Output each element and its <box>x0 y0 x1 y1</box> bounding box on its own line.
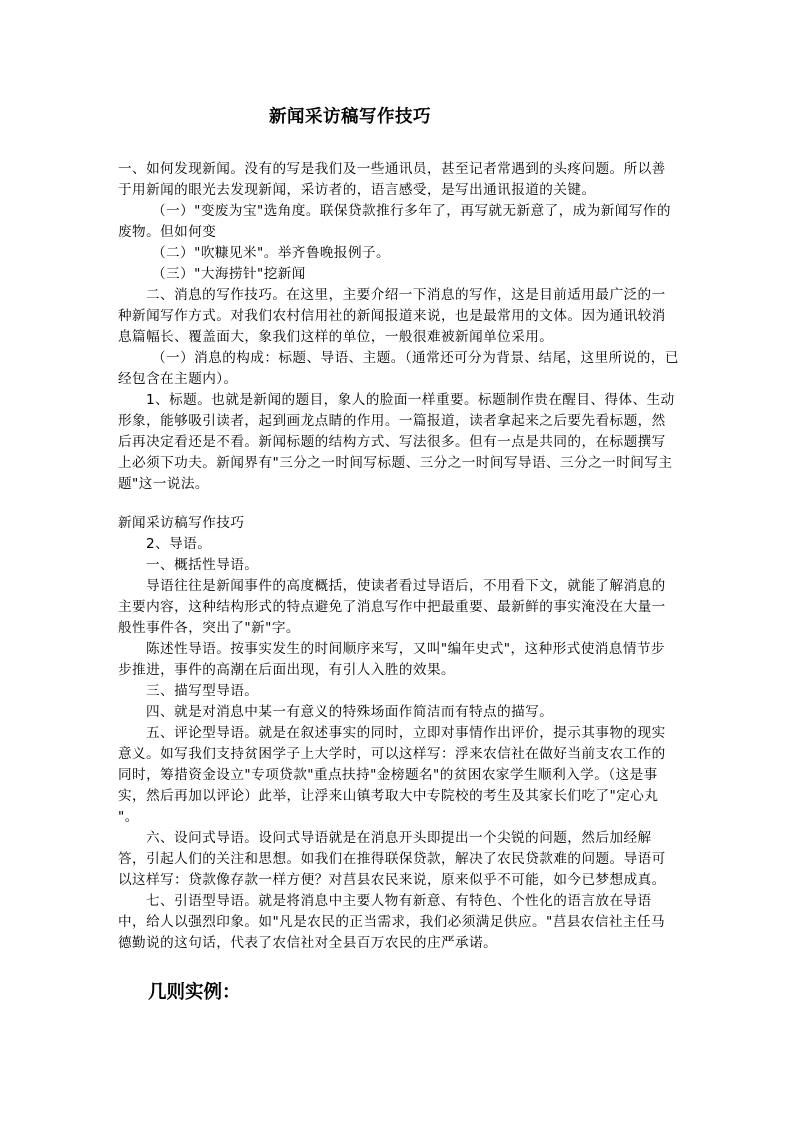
text-line: 种新闻写作方式。对我们农村信用社的新闻报道来说，也是最常用的文体。因为通讯较消 <box>118 306 678 327</box>
text-line: 经包含在主题内）。 <box>118 369 678 390</box>
part1-body: 一、如何发现新闻。没有的写是我们及一些通讯员，甚至记者常遇到的头疼问题。所以善于… <box>118 159 678 495</box>
examples-heading: 几则实例： <box>148 981 241 1005</box>
text-line: 同时，筹措资金设立"专项贷款"重点扶持"金榜题名"的贫困农家学生顺利入学。（这是… <box>118 765 678 786</box>
text-line: （二）"吹糠见米"。举齐鲁晚报例子。 <box>118 243 678 264</box>
text-line: 中，给人以强烈印象。如"凡是农民的正当需求，我们必须满足供应。"莒县农信社主任马 <box>118 912 678 933</box>
text-line: 以这样写：贷款像存款一样方便？对莒县农民来说，原来似乎不可能，如今已梦想成真。 <box>118 870 678 891</box>
text-line: 般性事件各，突出了"新"字。 <box>118 618 678 639</box>
text-line: 新闻采访稿写作技巧 <box>118 513 678 534</box>
text-line: 步推进，事件的高潮在后面出现，有引人入胜的效果。 <box>118 660 678 681</box>
text-line: 形象，能够吸引读者，起到画龙点睛的作用。一篇报道，读者拿起来之后要先看标题，然 <box>118 411 678 432</box>
text-line: 上必须下功夫。新闻界有"三分之一时间写标题、三分之一时间写导语、三分之一时间写主 <box>118 453 678 474</box>
text-line: 2、导语。 <box>118 534 678 555</box>
text-line: 实，然后再加以评论）此举，让浮来山镇考取大中专院校的考生及其家长们吃了"定心丸 <box>118 786 678 807</box>
part2-body: 新闻采访稿写作技巧2、导语。一、概括性导语。导语往往是新闻事件的高度概括，使读者… <box>118 513 678 954</box>
text-line: "。 <box>118 807 678 828</box>
text-line: 一、如何发现新闻。没有的写是我们及一些通讯员，甚至记者常遇到的头疼问题。所以善 <box>118 159 678 180</box>
text-line: 于用新闻的眼光去发现新闻，采访者的，语言感受，是写出通讯报道的关键。 <box>118 180 678 201</box>
text-line: 三、描写型导语。 <box>118 681 678 702</box>
document-title: 新闻采访稿写作技巧 <box>250 106 450 128</box>
text-line: 七、引语型导语。就是将消息中主要人物有新意、有特色、个性化的语言放在导语 <box>118 891 678 912</box>
text-line: 题"这一说法。 <box>118 474 678 495</box>
text-line: （一）"变废为宝"选角度。联保贷款推行多年了，再写就无新意了，成为新闻写作的 <box>118 201 678 222</box>
text-line: （一）消息的构成：标题、导语、主题。（通常还可分为背景、结尾，这里所说的，已 <box>118 348 678 369</box>
text-line: 废物。但如何变 <box>118 222 678 243</box>
text-line: 后再决定看还是不看。新闻标题的结构方式、写法很多。但有一点是共同的，在标题撰写 <box>118 432 678 453</box>
text-line: 答，引起人们的关注和思想。如我们在推得联保贷款，解决了农民贷款难的问题。导语可 <box>118 849 678 870</box>
text-line: 二、消息的写作技巧。在这里，主要介绍一下消息的写作，这是目前适用最广泛的一 <box>118 285 678 306</box>
text-line: 六、设问式导语。设问式导语就是在消息开头即提出一个尖锐的问题，然后加经解 <box>118 828 678 849</box>
text-line: （三）"大海捞针"挖新闻 <box>118 264 678 285</box>
text-line: 息篇幅长、覆盖面大，象我们这样的单位，一般很难被新闻单位采用。 <box>118 327 678 348</box>
text-line: 1、标题。也就是新闻的题目，象人的脸面一样重要。标题制作贵在醒目、得体、生动 <box>118 390 678 411</box>
text-line: 五、评论型导语。就是在叙述事实的同时，立即对事情作出评价，提示其事物的现实 <box>118 723 678 744</box>
text-line: 意义。如写我们支持贫困学子上大学时，可以这样写：浮来农信社在做好当前支农工作的 <box>118 744 678 765</box>
text-line: 一、概括性导语。 <box>118 555 678 576</box>
document-page: 新闻采访稿写作技巧 一、如何发现新闻。没有的写是我们及一些通讯员，甚至记者常遇到… <box>0 0 794 1123</box>
text-line: 主要内容，这种结构形式的特点避免了消息写作中把最重要、最新鲜的事实淹没在大量一 <box>118 597 678 618</box>
text-line: 陈述性导语。按事实发生的时间顺序来写，又叫"编年史式"，这种形式使消息情节步 <box>118 639 678 660</box>
text-line: 四、就是对消息中某一有意义的特殊场面作简洁而有特点的描写。 <box>118 702 678 723</box>
text-line: 导语往往是新闻事件的高度概括，使读者看过导语后，不用看下文，就能了解消息的 <box>118 576 678 597</box>
text-line: 德勤说的这句话，代表了农信社对全县百万农民的庄严承诺。 <box>118 933 678 954</box>
